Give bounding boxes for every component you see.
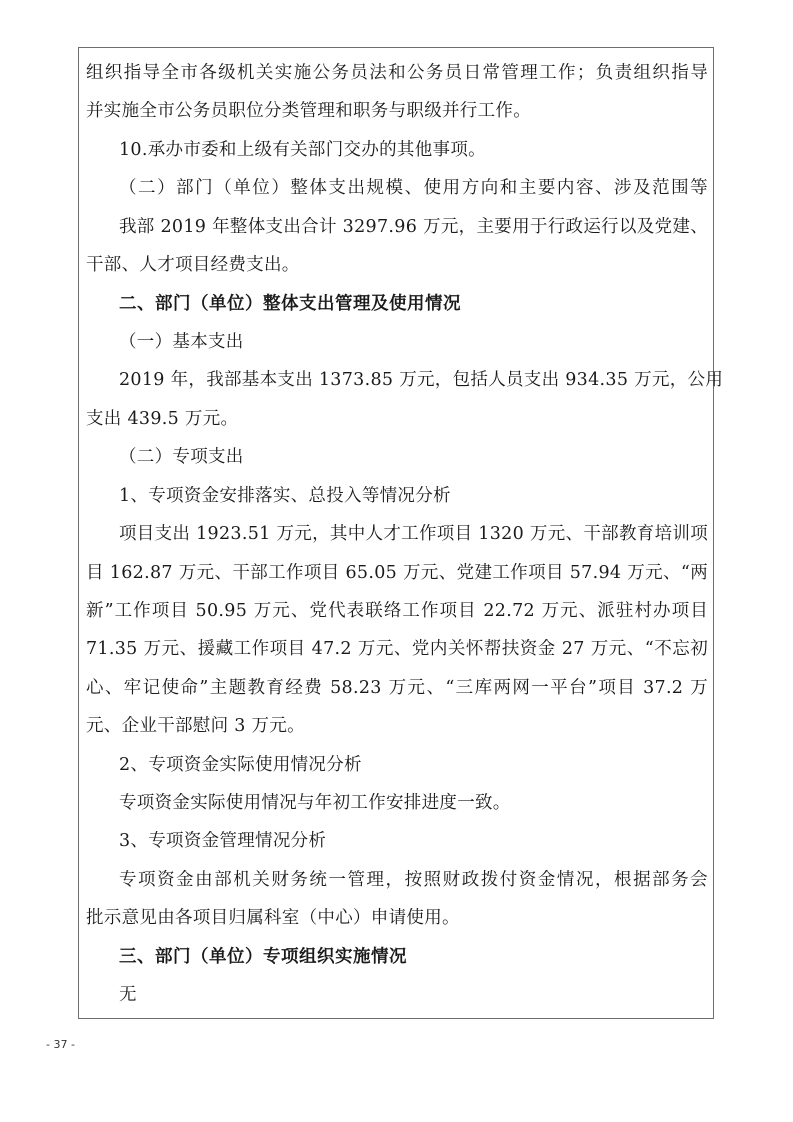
paragraph-line: 71.35 万元、援藏工作项目 47.2 万元、党内关怀帮扶资金 27 万元、“… bbox=[86, 638, 708, 660]
numbered-item-3: 3、专项资金管理情况分析 bbox=[119, 830, 741, 852]
paragraph-line: 新”工作项目 50.95 万元、党代表联络工作项目 22.72 万元、派驻村办项… bbox=[86, 600, 708, 622]
list-item-10: 10.承办市委和上级有关部门交办的其他事项。 bbox=[119, 139, 741, 161]
paragraph-line: 批示意见由各项目归属科室（中心）申请使用。 bbox=[86, 907, 708, 929]
paragraph-line: 组织指导全市各级机关实施公务员法和公务员日常管理工作；负责组织指导 bbox=[86, 62, 708, 84]
paragraph-line: 心、牢记使命”主题教育经费 58.23 万元、“三库两网一平台”项目 37.2 … bbox=[86, 677, 708, 699]
paragraph-line: 2019 年，我部基本支出 1373.85 万元，包括人员支出 934.35 万… bbox=[119, 369, 708, 391]
numbered-item-2: 2、专项资金实际使用情况分析 bbox=[119, 754, 741, 776]
paragraph-line: 目 162.87 万元、干部工作项目 65.05 万元、党建工作项目 57.94… bbox=[86, 562, 708, 584]
section-heading-2: 二、部门（单位）整体支出管理及使用情况 bbox=[119, 293, 741, 315]
subsection-title: （一）基本支出 bbox=[119, 331, 741, 353]
paragraph-line: 我部 2019 年整体支出合计 3297.96 万元，主要用于行政运行以及党建、 bbox=[119, 216, 708, 238]
paragraph-line: 项目支出 1923.51 万元，其中人才工作项目 1320 万元、干部教育培训项 bbox=[119, 523, 708, 545]
subsection-title: （二）专项支出 bbox=[119, 446, 741, 468]
paragraph-line: 支出 439.5 万元。 bbox=[86, 408, 708, 430]
numbered-item-1: 1、专项资金安排落实、总投入等情况分析 bbox=[119, 485, 741, 507]
paragraph-line: 专项资金实际使用情况与年初工作安排进度一致。 bbox=[119, 792, 741, 814]
subsection-title: （二）部门（单位）整体支出规模、使用方向和主要内容、涉及范围等 bbox=[119, 177, 708, 199]
page-number: - 37 - bbox=[46, 1038, 75, 1051]
paragraph-line: 元、企业干部慰问 3 万元。 bbox=[86, 715, 708, 737]
section-heading-3: 三、部门（单位）专项组织实施情况 bbox=[119, 946, 741, 968]
paragraph-line: 并实施全市公务员职位分类管理和职务与职级并行工作。 bbox=[86, 100, 708, 122]
paragraph-line: 专项资金由部机关财务统一管理，按照财政拨付资金情况，根据部务会 bbox=[119, 869, 708, 891]
paragraph-line: 无 bbox=[119, 984, 741, 1006]
paragraph-line: 干部、人才项目经费支出。 bbox=[86, 254, 708, 276]
